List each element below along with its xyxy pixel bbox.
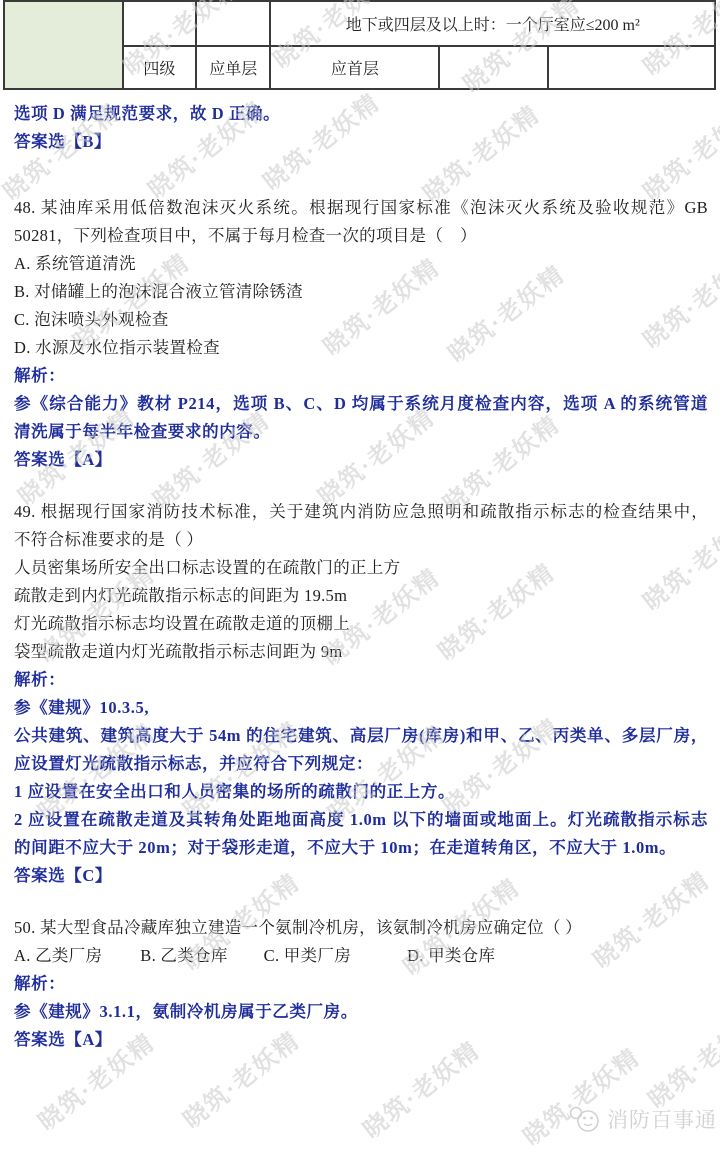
q50-option-b: B. 乙类仓库 [140,942,227,970]
table-cell-first-floor: 应首层 [270,46,439,89]
brand-name: 消防百事通 [607,1104,717,1134]
q49-stem-line1: 49. 根据现行国家消防技术标准，关于建筑内消防应急照明和疏散指示标志的检查结果… [0,498,720,526]
q49-analysis-line1: 参《建规》10.3.5, [0,694,720,722]
q49-analysis-line6: 的间距不应大于 20m；对于袋形走道，不应大于 10m；在走道转角区，不应大于 … [0,834,720,862]
q49-analysis-line4: 1 应设置在安全出口和人员密集的场所的疏散门的正上方。 [0,778,720,806]
q49-analysis-label: 解析： [0,666,720,694]
table-cell-grade: 四级 [123,46,196,89]
q48-stem-line2: 50281，下列检查项目中，不属于每月检查一次的项目是（ ） [0,222,720,250]
q48-analysis-label: 解析： [0,362,720,390]
table-cell-empty [196,1,270,46]
q49-option-3: 灯光疏散指示标志均设置在疏散走道的顶棚上 [0,610,720,638]
q49-answer-line: 答案选【C】 [0,862,720,890]
table-cell-empty [439,46,548,89]
q48-analysis-line1: 参《综合能力》教材 P214，选项 B、C、D 均属于系统月度检查内容，选项 A… [0,390,720,418]
prev-analysis-conclusion: 选项 D 满足规范要求，故 D 正确。 [0,100,720,128]
q50-option-d: D. 甲类仓库 [407,942,495,970]
q49-option-2: 疏散走到内灯光疏散指示标志的间距为 19.5m [0,582,720,610]
q50-answer-line: 答案选【A】 [0,1026,720,1054]
q49-option-1: 人员密集场所安全出口标志设置的在疏散门的正上方 [0,554,720,582]
regulation-table: 地下或四层及以上时：一个厅室应≤200 m² 四级 应单层 应首层 [3,0,716,90]
table-cell-note: 地下或四层及以上时：一个厅室应≤200 m² [270,1,715,46]
brand-mascot-icon [568,1105,602,1133]
spacer [0,156,720,194]
table-cell-single-storey: 应单层 [196,46,270,89]
q50-stem: 50. 某大型食品冷藏库独立建造一个氨制冷机房，该氨制冷机房应确定位（ ） [0,914,720,942]
q50-analysis: 参《建规》3.1.1，氨制冷机房属于乙类厂房。 [0,998,720,1026]
q50-analysis-label: 解析： [0,970,720,998]
prev-answer-line: 答案选【B】 [0,128,720,156]
q50-option-c: C. 甲类厂房 [264,942,351,970]
exam-page: 地下或四层及以上时：一个厅室应≤200 m² 四级 应单层 应首层 选项 D 满… [0,0,720,1054]
q49-analysis-line3: 应设置灯光疏散指示标志，并应符合下列规定： [0,750,720,778]
q49-option-4: 袋型疏散走道内灯光疏散指示标志间距为 9m [0,638,720,666]
spacer [0,890,720,914]
table-cell-empty [123,1,196,46]
q50-options-row: A. 乙类厂房 B. 乙类仓库 C. 甲类厂房 D. 甲类仓库 [0,942,720,970]
q48-option-a: A. 系统管道清洗 [0,250,720,278]
brand-footer: 消防百事通 [568,1104,717,1134]
q50-option-a: A. 乙类厂房 [14,942,102,970]
q48-stem-line1: 48. 某油库采用低倍数泡沫灭火系统。根据现行国家标准《泡沫灭火系统及验收规范》… [0,194,720,222]
q48-answer-line: 答案选【A】 [0,446,720,474]
watermark-text: 晓筑·老妖精 [514,1038,646,1151]
q49-stem-line2: 不符合标准要求的是（ ） [0,526,720,554]
q48-option-c: C. 泡沫喷头外观检查 [0,306,720,334]
q48-option-d: D. 水源及水位指示装置检查 [0,334,720,362]
q49-analysis-line5: 2 应设置在疏散走道及其转角处距地面高度 1.0m 以下的墙面或地面上。灯光疏散… [0,806,720,834]
table-cell-green [4,1,123,89]
spacer [0,474,720,498]
q48-analysis-line2: 清洗属于每半年检查要求的内容。 [0,418,720,446]
q49-analysis-line2: 公共建筑、建筑高度大于 54m 的住宅建筑、高层厂房(库房)和甲、乙、丙类单、多… [0,722,720,750]
table-cell-empty [548,46,715,89]
q48-option-b: B. 对储罐上的泡沫混合液立管清除锈渣 [0,278,720,306]
